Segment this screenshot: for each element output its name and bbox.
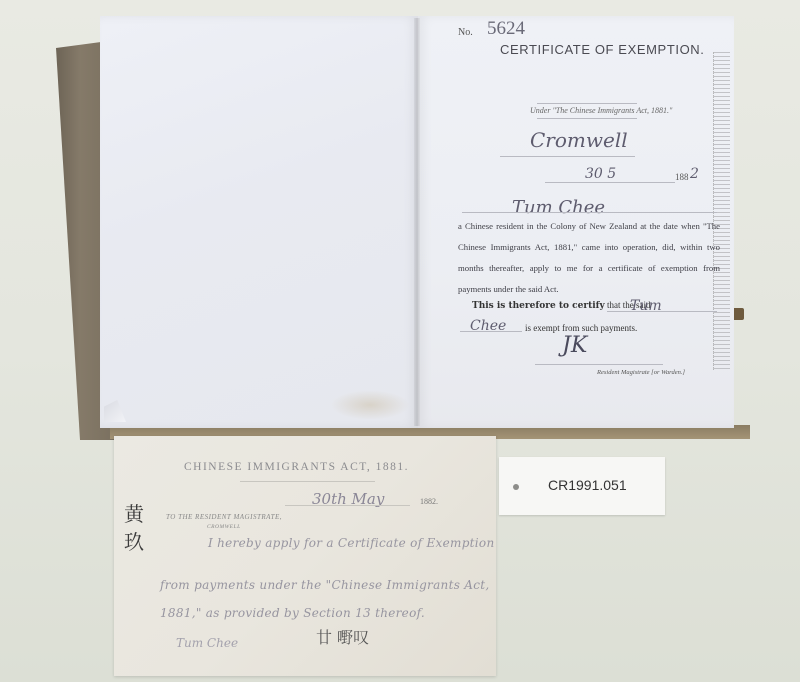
cjk-margin-name: 黄玖 bbox=[124, 500, 148, 556]
application-line-1: I hereby apply for a Certificate of Exem… bbox=[208, 536, 495, 550]
application-place: CROMWELL bbox=[207, 524, 241, 530]
application-title: CHINESE IMMIGRANTS ACT, 1881. bbox=[184, 461, 409, 473]
rule bbox=[537, 118, 637, 119]
perforated-stub-edge bbox=[713, 52, 730, 370]
certificate-under-act: Under "The Chinese Immigrants Act, 1881.… bbox=[530, 106, 672, 115]
book-gutter bbox=[414, 18, 420, 426]
signatory-label: Resident Magistrate [or Warden.] bbox=[597, 369, 685, 376]
name-rule bbox=[462, 212, 717, 213]
certificate-exempt-text: is exempt from such payments. bbox=[525, 323, 637, 333]
certificate-year-suffix: 2 bbox=[690, 166, 699, 182]
certificate-place: Cromwell bbox=[530, 128, 628, 152]
page-stain bbox=[330, 390, 410, 420]
application-year: 1882. bbox=[420, 497, 438, 506]
date-rule bbox=[285, 505, 410, 506]
left-page-blank bbox=[100, 16, 418, 428]
certificate-date: 30 5 bbox=[585, 166, 616, 182]
rule bbox=[240, 481, 375, 482]
certificate-holder-name: Tum Chee bbox=[512, 197, 605, 218]
certificate-number-label: No. bbox=[458, 27, 473, 38]
place-rule bbox=[500, 156, 635, 157]
certificate-body-text: a Chinese resident in the Colony of New … bbox=[458, 216, 720, 300]
application-line-2: from payments under the "Chinese Immigra… bbox=[160, 578, 490, 592]
application-line-3: 1881," as provided by Section 13 thereof… bbox=[160, 606, 425, 620]
certify-blackletter: This is therefore to certify bbox=[472, 301, 605, 311]
certificate-number: 5624 bbox=[487, 18, 525, 40]
certificate-name-part1: Tum bbox=[630, 298, 662, 314]
application-addressee: TO THE RESIDENT MAGISTRATE, bbox=[166, 513, 282, 521]
catalogue-number: CR1991.051 bbox=[548, 477, 627, 493]
name-part2-rule bbox=[460, 331, 522, 332]
date-rule bbox=[545, 182, 675, 183]
magistrate-signature: JK bbox=[562, 333, 587, 358]
rule bbox=[537, 103, 637, 104]
applicant-signature: Tum Chee bbox=[176, 636, 238, 650]
tag-hole-icon bbox=[513, 484, 519, 490]
certificate-year-prefix: 188 bbox=[675, 172, 689, 182]
signature-rule bbox=[535, 364, 663, 365]
certificate-certify-line: This is therefore to certify that the sa… bbox=[472, 300, 651, 311]
name-part1-rule bbox=[607, 311, 717, 312]
cjk-signature: 廿 嘢叹 bbox=[316, 625, 369, 648]
certificate-title: CERTIFICATE OF EXEMPTION. bbox=[500, 42, 704, 57]
